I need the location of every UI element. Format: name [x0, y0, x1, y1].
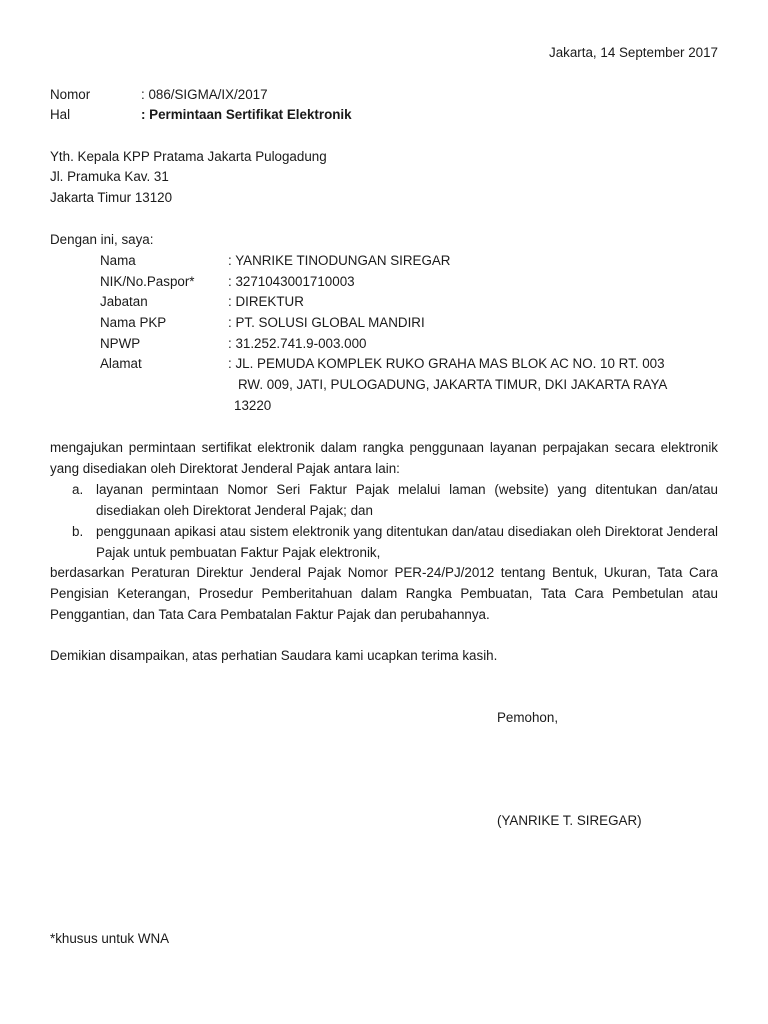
service-list: a. layanan permintaan Nomor Seri Faktur …	[50, 480, 718, 564]
signature-name: (YANRIKE T. SIREGAR)	[497, 813, 642, 828]
address-continued-line: 13220	[234, 398, 271, 413]
identity-label: NPWP	[100, 336, 140, 351]
meta-label: Nomor	[50, 87, 90, 102]
identity-value: : JL. PEMUDA KOMPLEK RUKO GRAHA MAS BLOK…	[228, 356, 665, 371]
list-item: a. layanan permintaan Nomor Seri Faktur …	[50, 480, 718, 522]
list-marker: b.	[72, 522, 83, 543]
list-item: b. penggunaan apikasi atau sistem elektr…	[50, 522, 718, 564]
identity-value: : 31.252.741.9-003.000	[228, 336, 367, 351]
identity-label: Alamat	[100, 356, 142, 371]
intro-text: Dengan ini, saya:	[50, 232, 153, 247]
identity-value: : YANRIKE TINODUNGAN SIREGAR	[228, 253, 450, 268]
identity-value: : 3271043001710003	[228, 274, 355, 289]
identity-label: Nama	[100, 253, 136, 268]
identity-value: : DIREKTUR	[228, 294, 304, 309]
recipient-line: Jakarta Timur 13120	[50, 190, 172, 205]
closing-text: Demikian disampaikan, atas perhatian Sau…	[50, 648, 497, 663]
footnote: *khusus untuk WNA	[50, 931, 169, 946]
identity-value: : PT. SOLUSI GLOBAL MANDIRI	[228, 315, 425, 330]
recipient-line: Jl. Pramuka Kav. 31	[50, 169, 169, 184]
address-continued-line: RW. 009, JATI, PULOGADUNG, JAKARTA TIMUR…	[238, 377, 667, 392]
legal-basis-paragraph: berdasarkan Peraturan Direktur Jenderal …	[50, 563, 718, 625]
list-item-text: penggunaan apikasi atau sistem elektroni…	[96, 524, 718, 560]
meta-value: : 086/SIGMA/IX/2017	[141, 87, 268, 102]
list-marker: a.	[72, 480, 83, 501]
letter-date: Jakarta, 14 September 2017	[549, 45, 718, 60]
recipient-line: Yth. Kepala KPP Pratama Jakarta Pulogadu…	[50, 149, 327, 164]
identity-label: Nama PKP	[100, 315, 166, 330]
meta-label: Hal	[50, 107, 70, 122]
body-intro-paragraph: mengajukan permintaan sertifikat elektro…	[50, 438, 718, 480]
list-item-text: layanan permintaan Nomor Seri Faktur Paj…	[96, 482, 718, 518]
meta-subject: : Permintaan Sertifikat Elektronik	[141, 107, 352, 122]
identity-label: NIK/No.Paspor*	[100, 274, 195, 289]
signature-label: Pemohon,	[497, 710, 558, 725]
identity-label: Jabatan	[100, 294, 148, 309]
